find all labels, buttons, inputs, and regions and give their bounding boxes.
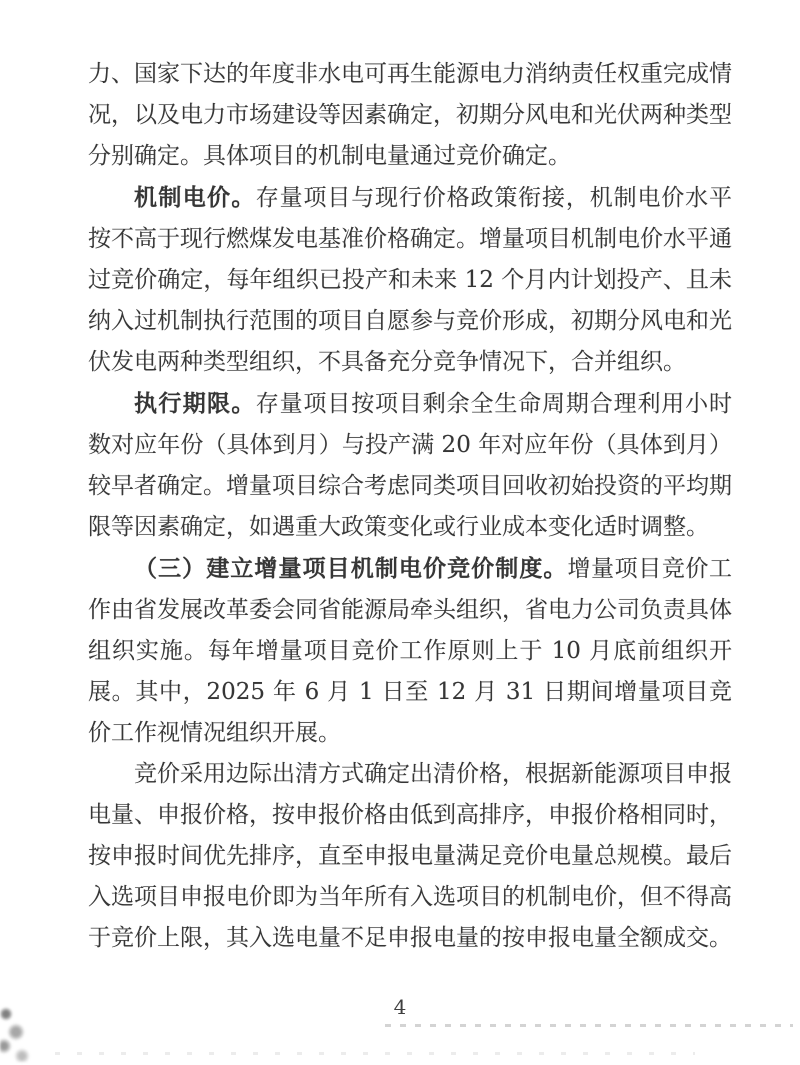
paragraph-lead-bold: 机制电价。: [134, 184, 256, 211]
document-body: 力、国家下达的年度非水电可再生能源电力消纳责任权重完成情况，以及电力市场建设等因…: [88, 54, 732, 959]
paragraph-section-three-heading: （三）建立增量项目机制电价竞价制度。增量项目竞价工作由省发展改革委会同省能源局牵…: [88, 548, 732, 754]
paragraph-text: 增量项目竞价工作由省发展改革委会同省能源局牵头组织，省电力公司负责具体组织实施。…: [88, 556, 732, 746]
page-footer: 4: [0, 995, 800, 1019]
paragraph-execution-period: 执行期限。存量项目按项目剩余全生命周期合理利用小时数对应年份（具体到月）与投产满…: [88, 383, 732, 548]
paragraph-text: 存量项目与现行价格政策衔接，机制电价水平按不高于现行燃煤发电基准价格确定。增量项…: [88, 185, 732, 375]
paragraph-text: 竞价采用边际出清方式确定出清价格，根据新能源项目申报电量、申报价格，按申报价格由…: [88, 761, 732, 951]
scan-artifact-dotted-line: [385, 1024, 793, 1027]
scan-artifact-dust: [55, 1052, 695, 1055]
paragraph-continuation: 力、国家下达的年度非水电可再生能源电力消纳责任权重完成情况，以及电力市场建设等因…: [88, 54, 732, 177]
paragraph-mechanism-price: 机制电价。存量项目与现行价格政策衔接，机制电价水平按不高于现行燃煤发电基准价格确…: [88, 177, 732, 383]
paragraph-bidding-clearing: 竞价采用边际出清方式确定出清价格，根据新能源项目申报电量、申报价格，按申报价格由…: [88, 754, 732, 959]
document-page: 力、国家下达的年度非水电可再生能源电力消纳责任权重完成情况，以及电力市场建设等因…: [0, 0, 800, 1065]
paragraph-lead-bold: 执行期限。: [134, 390, 256, 417]
section-heading-bold: （三）建立增量项目机制电价竞价制度。: [134, 555, 568, 582]
paragraph-text: 力、国家下达的年度非水电可再生能源电力消纳责任权重完成情况，以及电力市场建设等因…: [88, 61, 732, 169]
page-number: 4: [394, 995, 407, 1019]
scan-artifact-smudge: [0, 1002, 40, 1062]
